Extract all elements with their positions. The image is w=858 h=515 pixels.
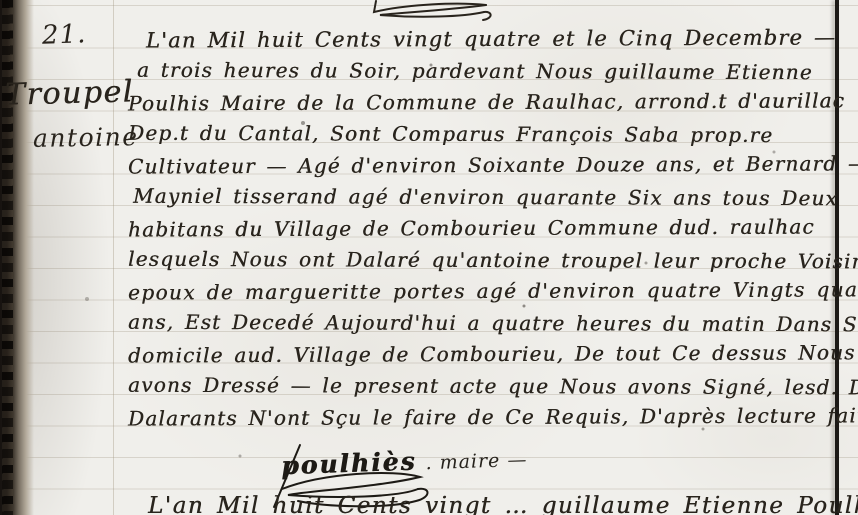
margin-given-name: antoine [33,122,139,153]
signature-title: . maire — [425,449,528,475]
act-number: 21. [41,19,86,51]
act-line-13: Dalarants N'ont Sçu le faire de Ce Requi… [128,400,840,435]
act-line-8: lesquels Nous ont Dalaré qu'antoine trou… [128,243,840,277]
previous-signature-flourish-icon [368,0,503,22]
act-line-10: ans, Est Decedé Aujourd'hui a quatre heu… [128,306,840,340]
act-line-12: avons Dressé — le present acte que Nous … [128,369,840,403]
act-body-text: L'an Mil huit Cents vingt quatre et le C… [128,24,840,434]
act-line-6: Mayniel tisserand agé d'environ quarante… [128,180,840,214]
act-line-3: Poulhis Maire de la Commune de Raulhac, … [128,85,840,120]
act-line-2: a trois heures du Soir, pardevant Nous g… [128,54,840,88]
act-line-4: Dep.t du Cantal, Sont Comparus François … [128,117,840,151]
act-line-11: domicile aud. Village de Combourieu, De … [128,337,840,372]
register-page-scan: 21. Troupel antoine L'an Mil huit Cents … [0,0,858,515]
ink-speckles [0,0,2,2]
margin-surname: Troupel [5,74,135,112]
act-line-1: L'an Mil huit Cents vingt quatre et le C… [128,22,840,57]
signature-name: poulhiès [281,447,417,481]
act-line-5: Cultivateur — Agé d'environ Soixante Dou… [128,148,840,183]
act-line-9: epoux de margueritte portes agé d'enviro… [128,274,840,309]
act-line-7: habitans du Village de Combourieu Commun… [128,211,840,246]
next-record-partial-line: L'an Mil huit Cents vingt … guillaume Et… [148,493,858,515]
